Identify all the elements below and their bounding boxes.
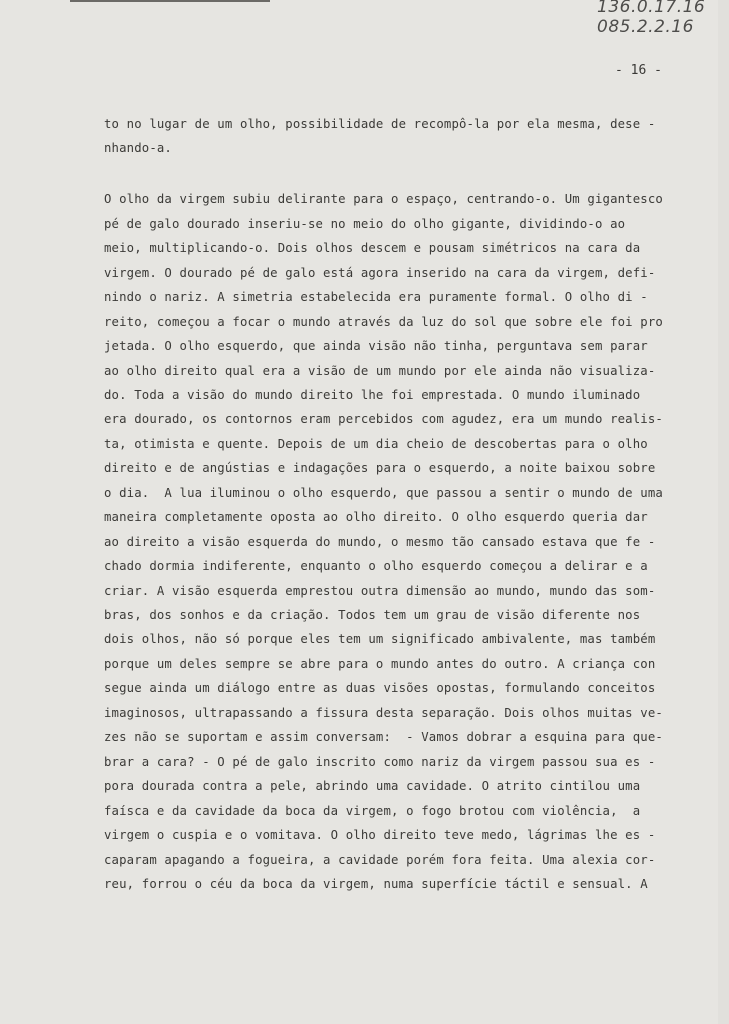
text-line: O olho da virgem subiu delirante para o … [104,192,663,206]
text-line: brar a cara? - O pé de galo inscrito com… [104,755,655,769]
text-line: maneira completamente oposta ao olho dir… [104,510,648,524]
text-line: nindo o nariz. A simetria estabelecida e… [104,290,648,304]
text-line: faísca e da cavidade da boca da virgem, … [104,804,640,818]
text-line: ao olho direito qual era a visão de um m… [104,364,655,378]
text-line: bras, dos sonhos e da criação. Todos tem… [104,608,640,622]
text-line: to no lugar de um olho, possibilidade de… [104,117,655,131]
text-line: nhando-a. [104,141,172,155]
archive-code-1: 136.0.17.16 [597,0,705,17]
page-number: - 16 - [615,63,662,78]
text-line: dois olhos, não só porque eles tem um si… [104,632,655,646]
text-line: ao direito a visão esquerda do mundo, o … [104,535,655,549]
text-line: pé de galo dourado inseriu-se no meio do… [104,217,625,231]
text-line: imaginosos, ultrapassando a fissura dest… [104,706,663,720]
text-line: caparam apagando a fogueira, a cavidade … [104,853,655,867]
text-line: pora dourada contra a pele, abrindo uma … [104,779,640,793]
text-line: zes não se suportam e assim conversam: -… [104,730,663,744]
text-line: ta, otimista e quente. Depois de um dia … [104,437,648,451]
text-line: o dia. A lua iluminou o olho esquerdo, q… [104,486,663,500]
text-line: virgem. O dourado pé de galo está agora … [104,266,655,280]
text-line: meio, multiplicando-o. Dois olhos descem… [104,241,640,255]
text-line: era dourado, os contornos eram percebido… [104,412,663,426]
text-line: reito, começou a focar o mundo através d… [104,315,663,329]
text-line: do. Toda a visão do mundo direito lhe fo… [104,388,640,402]
text-line: direito e de angústias e indagações para… [104,461,655,475]
text-line: porque um deles sempre se abre para o mu… [104,657,655,671]
text-line: segue ainda um diálogo entre as duas vis… [104,681,655,695]
archive-code-annotation: 136.0.17.16 085.2.2.16 [597,0,705,37]
text-line: jetada. O olho esquerdo, que ainda visão… [104,339,648,353]
text-line: virgem o cuspia e o vomitava. O olho dir… [104,828,655,842]
text-line: reu, forrou o céu da boca da virgem, num… [104,877,648,891]
text-line: chado dormia indiferente, enquanto o olh… [104,559,648,573]
scan-edge-shadow [70,0,270,2]
text-line: criar. A visão esquerda emprestou outra … [104,584,655,598]
archive-code-2: 085.2.2.16 [597,17,705,37]
page-edge [718,0,729,1024]
